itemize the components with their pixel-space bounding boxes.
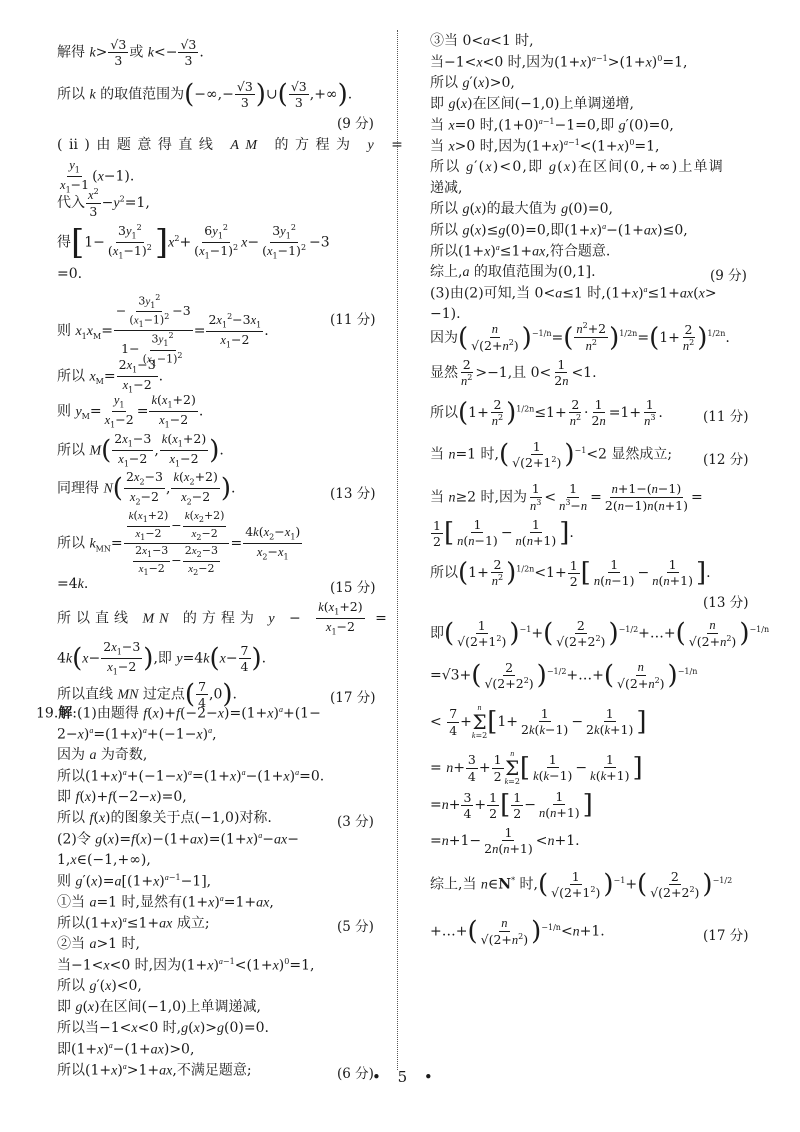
math-line: 当−1<x<0 时,因为(1+x)a−1>(1+x)0=1, xyxy=(430,54,687,72)
score-label: (11 分) xyxy=(703,405,749,425)
question-19-start: 19.解:(1)由题得 f(x)+f(−2−x)=(1+x)a+(1− xyxy=(36,705,321,723)
math-line: 12[1n(n−1)−1n(n+1)]. xyxy=(430,518,574,548)
math-line: 当 n≥2 时,因为1n3<1n3−n=n+1−(n−1)2(n−1)n(n+1… xyxy=(430,482,703,513)
math-line: 所以(1+x)a+(−1−x)a=(1+x)a−(1+x)a=0. xyxy=(57,768,324,786)
math-line: =n+34+12[12−1n(n+1)] xyxy=(430,790,593,820)
math-line: 综上,a 的取值范围为(0,1]. xyxy=(430,264,596,281)
math-line: 代入x23−y2=1, xyxy=(57,188,150,218)
score-label: (9 分) xyxy=(710,264,747,284)
math-line: 即 g(x)在区间(−1,0)上单调递增, xyxy=(430,96,634,113)
math-line: 所以当−1<x<0 时,g(x)>g(0)=0. xyxy=(57,1020,269,1037)
score-label: (13 分) xyxy=(330,482,376,502)
math-line: −1). xyxy=(430,306,461,322)
page-number: • 5 • xyxy=(372,1068,439,1086)
math-line: 所以直线 MN 的方程为 y − k(x1+2)x1−2 = xyxy=(57,600,392,637)
math-line: 当 n=1 时,(1√(2+12))−1<2 显然成立; xyxy=(430,440,672,469)
math-line: 当 x>0 时,因为(1+x)a−1<(1+x)0=1, xyxy=(430,138,660,156)
math-line: 显然2n2>−1,且 0<12n<1. xyxy=(430,358,597,388)
math-line: +…+(n√(2+n2))−1/n<n+1. xyxy=(430,916,605,947)
math-line: 所以 g(x)的最大值为 g(0)=0, xyxy=(430,201,613,218)
math-line: ③当 0<a<1 时, xyxy=(430,33,534,50)
score-label: (12 分) xyxy=(703,448,749,468)
math-line: 所以(1+x)a≤1+ax,符合题意. xyxy=(430,243,610,261)
score-label: (17 分) xyxy=(330,686,376,706)
math-line: 即 g(x)在区间(−1,0)上单调递减, xyxy=(57,999,261,1016)
math-line: ①当 a=1 时,显然有(1+x)a=1+ax, xyxy=(57,894,274,912)
math-line: 则 yM=y1x1−2=k(x1+2)x1−2. xyxy=(57,393,203,430)
math-line: 所以 kMN=k(x1+2)x1−2−k(x2+2)x2−22x1−3x1−2−… xyxy=(57,510,303,577)
math-line: 1,x∈(−1,+∞), xyxy=(57,852,151,869)
math-line: 即(1+x)a−(1+ax)>0, xyxy=(57,1041,194,1059)
math-line: 即 f(x)+f(−2−x)=0, xyxy=(57,789,187,806)
math-line: 因为(n√(2+n2))−1/n=(n2+2n2)1/2n=(1+2n2)1/2… xyxy=(430,322,730,354)
score-label: (17 分) xyxy=(703,924,749,944)
math-line: 所以 g′(x)>0, xyxy=(430,75,515,92)
math-line: 递减, xyxy=(430,180,462,196)
math-line: 所以 xM=2x1−3x1−2. xyxy=(57,358,163,395)
math-line: (2)令 g(x)=f(x)−(1+ax)=(1+x)a−ax− xyxy=(57,831,299,849)
math-line: 解得 k>√33或 k<−√33. xyxy=(57,38,204,67)
math-line: 则 g′(x)=a[(1+x)a−1−1], xyxy=(57,873,211,891)
math-line: =4k. xyxy=(57,576,88,593)
math-line: 所以 g′(x)<0,即 g(x)在区间(0,+∞)上单调 xyxy=(430,159,724,176)
score-label: (3 分) xyxy=(337,810,374,830)
score-label: (15 分) xyxy=(330,576,376,596)
math-line: 当 x=0 时,(1+0)a−1−1=0,即 g′(0)=0, xyxy=(430,117,674,135)
math-line: 得[1−3y12(x1−1)2]x2+6y12(x1−1)2x−3y12(x1−… xyxy=(57,224,330,261)
math-line: 则 x1xM=−3y12(x1−1)2−31−3y12(x1−1)2=2x12−… xyxy=(57,294,269,368)
column-divider xyxy=(397,30,398,1070)
math-line: 因为 a 为奇数, xyxy=(57,747,147,764)
math-line: (3)由(2)可知,当 0<a≤1 时,(1+x)a≤1+ax(x> xyxy=(430,285,717,303)
math-line: 所以 M(2x1−3x1−2,k(x1+2)x1−2). xyxy=(57,432,224,469)
math-line: 当−1<x<0 时,因为(1+x)a−1<(1+x)0=1, xyxy=(57,957,314,975)
math-line: < 74+nΣk=2[1+12k(k−1)−12k(k+1)] xyxy=(430,704,646,740)
score-label: (11 分) xyxy=(330,308,376,328)
math-line: 所以 f(x)的图象关于点(−1,0)对称. xyxy=(57,810,272,827)
math-line: 综上,当 n∈N* 时,(1√(2+12))−1+(2√(2+22))−1/2 xyxy=(430,870,732,899)
math-line: 同理得 N(2x2−3x2−2,k(x2+2)x2−2). xyxy=(57,470,235,507)
score-label: (6 分) xyxy=(337,1062,374,1082)
math-line: 所以(1+x)a≤1+ax 成立; xyxy=(57,915,210,933)
score-label: (13 分) xyxy=(703,591,749,611)
math-line: 所以 k 的取值范围为(−∞,−√33)∪(√33,+∞). xyxy=(57,80,352,109)
math-line: 所以(1+2n2)1/2n≤1+2n2·12n=1+1n3. xyxy=(430,398,663,428)
math-line: 所以 g′(x)<0, xyxy=(57,978,142,995)
math-line: = n+34+12nΣk=2[1k(k−1)−1k(k+1)] xyxy=(430,750,643,786)
math-line: 所以(1+2n2)1/2n<1+12[1n(n−1)−1n(n+1)]. xyxy=(430,558,711,588)
math-line: =n+1−12n(n+1)<n+1. xyxy=(430,826,580,856)
math-line: =√3+(2√(2+22))−1/2+…+(n√(2+n2))−1/n xyxy=(430,660,697,691)
math-line: 4k(x−2x1−3x1−2),即 y=4k(x−74). xyxy=(57,640,266,677)
math-line: 2−x)a=(1+x)a+(−1−x)a, xyxy=(57,726,217,744)
math-line: ②当 a>1 时, xyxy=(57,936,140,953)
score-label: (5 分) xyxy=(337,915,374,935)
math-line: 所以(1+x)a>1+ax,不满足题意; xyxy=(57,1062,252,1080)
math-line: =0. xyxy=(57,266,82,282)
math-line: 所以 g(x)≤g(0)=0,即(1+x)a−(1+ax)≤0, xyxy=(430,222,688,240)
math-line: 即(1√(2+12))−1+(2√(2+22))−1/2+…+(n√(2+n2)… xyxy=(430,618,769,649)
score-label: (9 分) xyxy=(337,112,374,132)
math-line: (ⅱ)由题意得直线 AM 的方程为 y = xyxy=(57,137,409,154)
